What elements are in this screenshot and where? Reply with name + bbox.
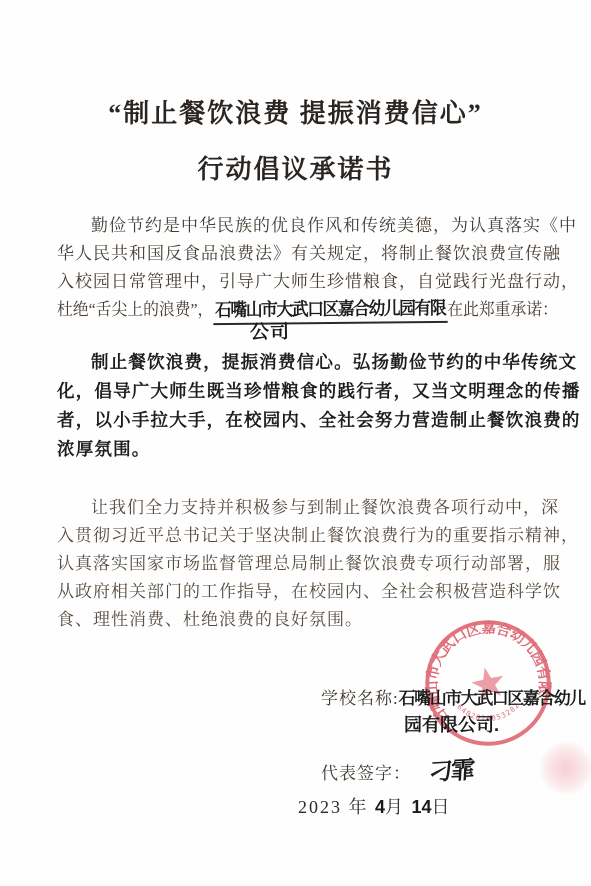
signer-label: 代表签字： — [321, 764, 411, 783]
date-month-handwritten: 4 — [375, 797, 385, 817]
paragraph2-line2: 化，倡导广大师生既当珍惜粮食的践行者，又当文明理念的传播 — [57, 378, 557, 403]
date-month-unit: 月 — [385, 797, 405, 817]
signer-handwritten-signature: 刁霏 — [428, 750, 474, 787]
date-line: 2023 年 4月 14日 — [298, 793, 452, 819]
school-name-label: 学校名称: — [321, 689, 399, 708]
signer-row: 代表签字： 刁霏 — [321, 751, 473, 786]
handwritten-company-name-fill: 石嘴山市大武口区嘉合幼儿园有限 — [213, 294, 447, 325]
ink-smudge — [540, 742, 591, 794]
paragraph3-line4: 从政府相关部门的工作指导，在校园内、全社会积极营造科学饮 — [57, 577, 557, 602]
official-seal: 石嘴山市大武口区嘉合幼儿园有限公司 6402020053202 — [410, 605, 567, 762]
paragraph3-line3: 认真落实国家市场监督管理总局制止餐饮浪费专项行动部署，服 — [57, 549, 557, 574]
paragraph1-line3: 入校园日常管理中，引导广大师生珍惜粮食，自觉践行光盘行动， — [57, 267, 557, 292]
school-name-handwritten-line1: 石嘴山市大武口区嘉合幼儿 — [399, 689, 585, 708]
paragraph3-line2: 入贯彻习近平总书记关于坚决制止餐饮浪费行为的重要指示精神， — [57, 521, 557, 546]
date-year-printed: 2023 年 — [298, 797, 369, 817]
paragraph1-line1: 勤俭节约是中华民族的优良作风和传统美德，为认真落实《中 — [57, 211, 591, 236]
document-title-line2: 行动倡议承诺书 — [0, 149, 591, 186]
scanned-document-page: “制止餐饮浪费 提振消费信心” 行动倡议承诺书 勤俭节约是中华民族的优良作风和传… — [0, 0, 591, 886]
document-title-line1: “制止餐饮浪费 提振消费信心” — [0, 93, 591, 130]
paragraph1-line4-printed-before: 杜绝“舌尖上的浪费”， — [57, 300, 213, 319]
paragraph3-line1: 让我们全力支持并积极参与到制止餐饮浪费各项行动中，深 — [57, 493, 591, 518]
school-name-row: 学校名称:石嘴山市大武口区嘉合幼儿 — [321, 684, 585, 709]
paragraph2-line1: 制止餐饮浪费，提振消费信心。弘扬勤俭节约的中华传统文 — [57, 349, 591, 374]
date-day-handwritten: 14 — [412, 797, 432, 817]
paragraph1-line2: 华人民共和国反食品浪费法》有关规定，将制止餐饮浪费宣传融 — [57, 239, 557, 264]
date-day-unit: 日 — [432, 797, 452, 817]
handwritten-company-name-wrap: 公司 — [250, 317, 290, 345]
paragraph1-line4-printed-after: 在此郑重承诺： — [447, 300, 558, 319]
school-name-handwritten-line2: 园有限公司. — [404, 711, 499, 737]
paragraph2-line3: 者，以小手拉大手，在校园内、全社会努力营造制止餐饮浪费的 — [57, 407, 557, 432]
paragraph2-line4: 浓厚氛围。 — [57, 436, 557, 461]
